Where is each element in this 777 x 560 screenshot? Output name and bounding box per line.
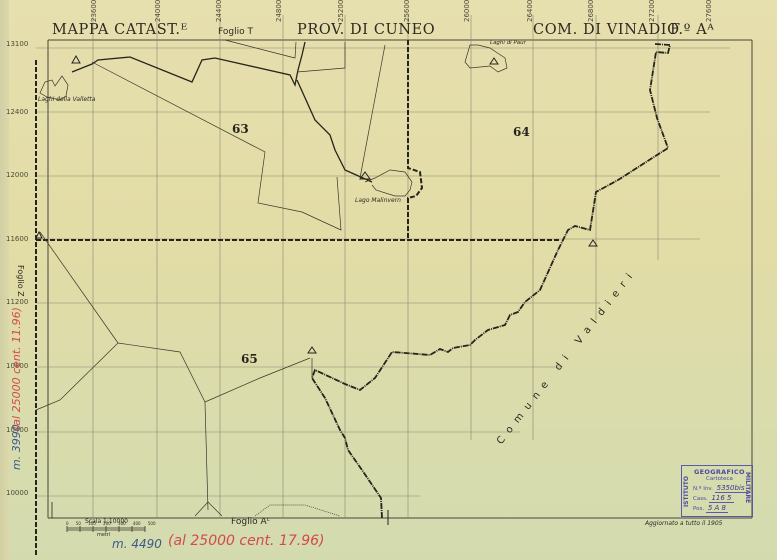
trig-point-icon — [72, 56, 80, 63]
coordinate-grid — [36, 15, 730, 518]
stamp-cartoteca: Cartoteca — [706, 476, 733, 482]
stamp-cass: Cass. 116 5 — [693, 494, 734, 502]
trig-point-icon — [490, 58, 498, 64]
coord-top-label: 23600 — [90, 0, 98, 22]
coord-left-label: 10000 — [6, 489, 28, 497]
parcel-63-label: 63 — [232, 122, 249, 136]
coord-left-label: 12400 — [6, 108, 28, 116]
municipality-title: COM. DI VINADIO — [533, 22, 680, 38]
coord-left-label: 12000 — [6, 171, 28, 179]
map-title: MAPPA CATAST.ᴱ — [52, 22, 188, 38]
sheet-boundary — [36, 40, 560, 555]
coord-top-label: 24400 — [215, 0, 223, 22]
parcel-65-label: 65 — [241, 352, 258, 366]
province-title: PROV. DI CUNEO — [297, 22, 435, 38]
coord-top-label: 26800 — [587, 0, 595, 22]
igm-stamp: GEOGRAFICO ISTITUTO MILITARE Cartoteca N… — [681, 465, 753, 517]
coord-top-label: 27600 — [705, 0, 713, 22]
trig-points — [36, 56, 597, 353]
coord-top-label: 26400 — [526, 0, 534, 22]
stamp-inv: N.º Inv. 5350bis — [693, 484, 747, 492]
adjacent-sheet-south: Foglio Aᶜ — [231, 517, 270, 527]
map-drawing — [0, 0, 777, 560]
place-laghi-paur: Laghi di Paur — [490, 40, 526, 46]
coord-top-label: 25200 — [337, 0, 345, 22]
coord-top-label: 25600 — [403, 0, 411, 22]
coord-top-label: 24000 — [154, 0, 162, 22]
place-laghi-vallette: Laghi della Valletta — [38, 96, 95, 103]
annotation-blue-left: m. 3990 — [10, 424, 23, 470]
coord-top-label: 27200 — [648, 0, 656, 22]
place-lago-malinvern: Lago Malinvern — [355, 197, 401, 204]
coord-left-label: 13100 — [6, 40, 28, 48]
coord-left-label: 11600 — [6, 235, 28, 243]
annotation-red-bottom: (al 25000 cent. 17.96) — [168, 533, 324, 549]
parcel-boundaries — [36, 40, 412, 516]
adjacent-sheet-north: Foglio T — [218, 27, 253, 37]
stamp-top: GEOGRAFICO — [694, 468, 745, 476]
communal-boundary — [312, 44, 670, 518]
lakes — [40, 45, 507, 100]
stamp-left: ISTITUTO — [683, 476, 690, 507]
coord-left-label: 11200 — [6, 298, 28, 306]
sheet-number: F.º Aᴬ — [670, 22, 715, 38]
update-note: Aggiornato a tutto il 1905 — [645, 520, 722, 527]
stamp-pos: Pos. 5 A 8 — [693, 504, 728, 512]
trig-point-icon — [308, 347, 316, 353]
annotation-red-left: (al 25000 cent. 11.96) — [10, 307, 23, 430]
parcel-64-label: 64 — [513, 125, 530, 139]
scale-ticks: 0 50 100 200 300 400 500 — [66, 521, 156, 526]
adjacent-sheet-west: Foglio Z — [16, 265, 25, 297]
coord-top-label: 24800 — [275, 0, 283, 22]
annotation-blue-bottom: m. 4490 — [112, 537, 162, 551]
scale-unit: metri — [97, 532, 110, 538]
coord-top-label: 26000 — [463, 0, 471, 22]
